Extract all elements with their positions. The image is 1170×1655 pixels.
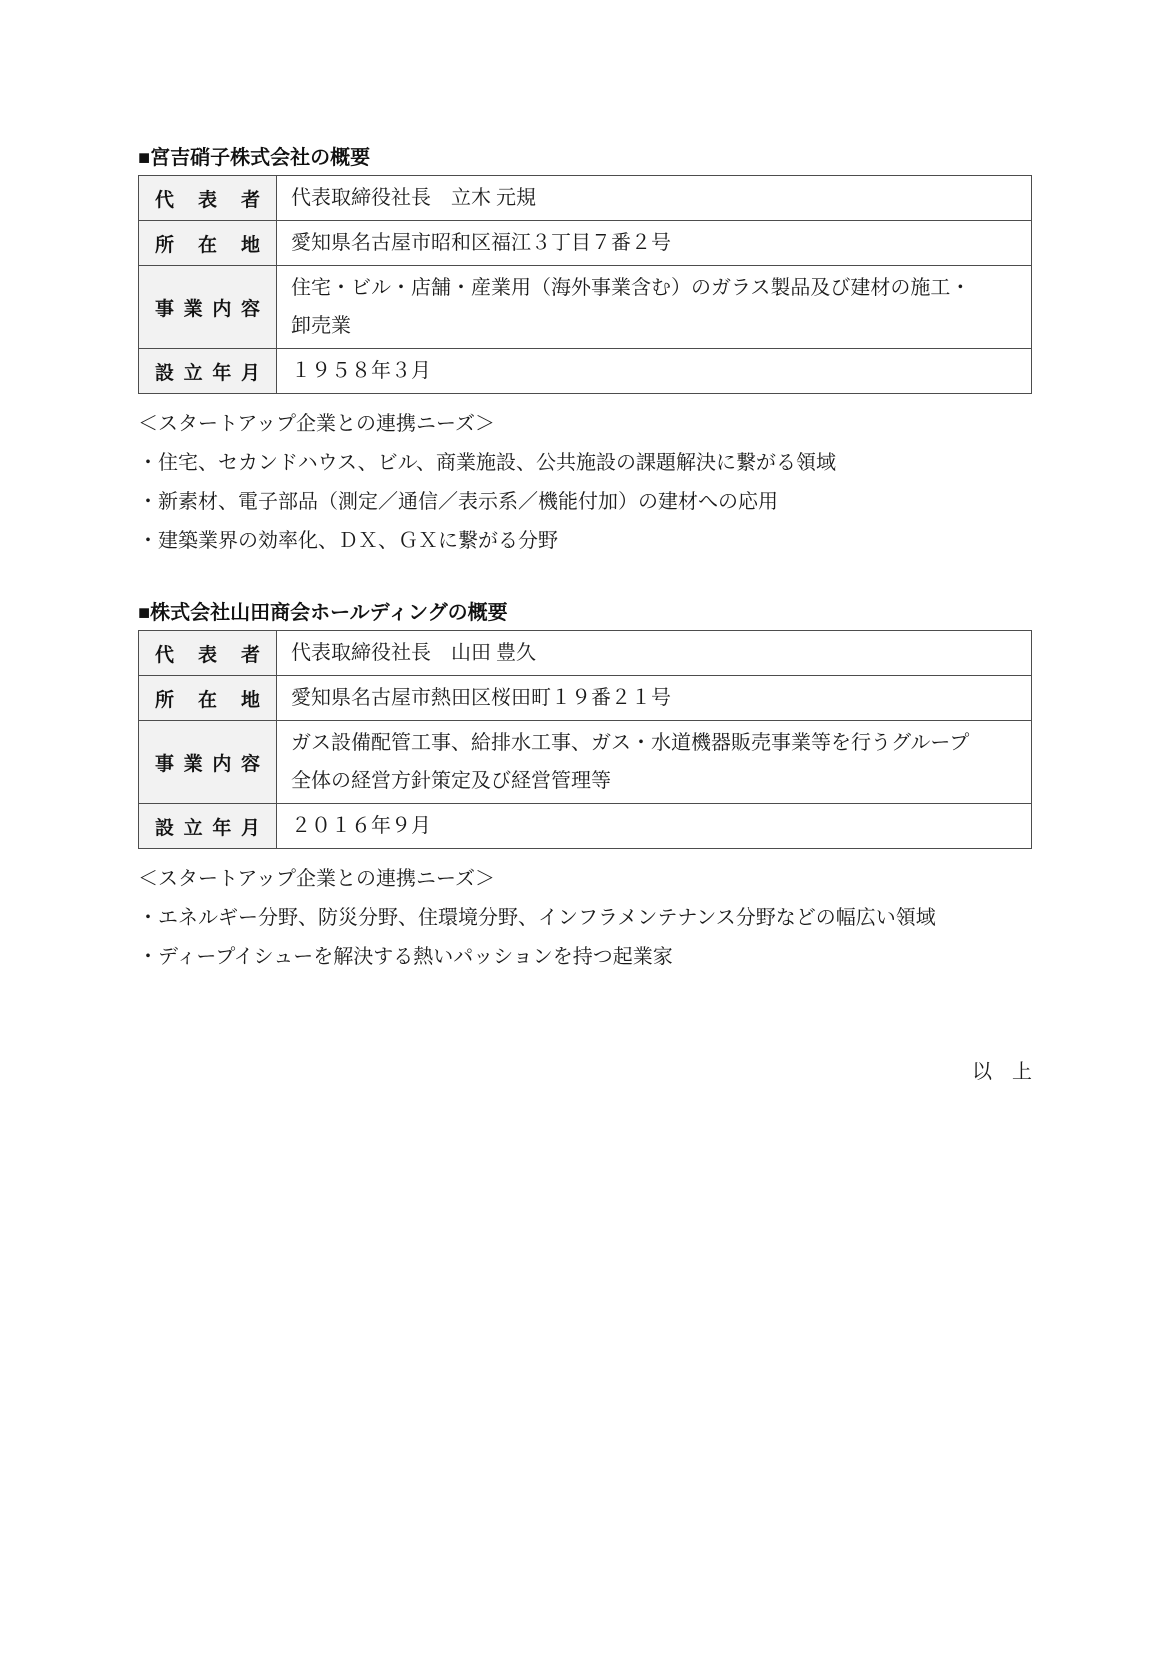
table-row: 所在地 愛知県名古屋市熱田区桜田町１９番２１号 <box>139 676 1032 721</box>
row-label-cell: 設立年月 <box>139 804 277 849</box>
row-label-cell: 代表者 <box>139 631 277 676</box>
row-value-line: 愛知県名古屋市熱田区桜田町１９番２１号 <box>291 679 1023 717</box>
row-label-cell: 代表者 <box>139 176 277 221</box>
needs-item: ・エネルギー分野、防災分野、住環境分野、インフラメンテナンス分野などの幅広い領域 <box>138 905 1032 932</box>
needs-list: ・エネルギー分野、防災分野、住環境分野、インフラメンテナンス分野などの幅広い領域… <box>138 905 1032 971</box>
table-row: 設立年月 １９５８年３月 <box>139 349 1032 394</box>
row-value-cell: ガス設備配管工事、給排水工事、ガス・水道機器販売事業等を行うグループ 全体の経営… <box>277 721 1032 804</box>
row-value-line: 代表取締役社長 山田 豊久 <box>291 634 1023 672</box>
section-title: ■宮吉硝子株式会社の概要 <box>138 146 1032 170</box>
row-value-line: 住宅・ビル・店舗・産業用（海外事業含む）のガラス製品及び建材の施工・ <box>291 269 1023 307</box>
row-value-cell: 住宅・ビル・店舗・産業用（海外事業含む）のガラス製品及び建材の施工・ 卸売業 <box>277 266 1032 349</box>
row-value-line: 卸売業 <box>291 307 1023 345</box>
table-row: 事業内容 住宅・ビル・店舗・産業用（海外事業含む）のガラス製品及び建材の施工・ … <box>139 266 1032 349</box>
needs-heading: ＜スタートアップ企業との連携ニーズ＞ <box>138 866 1032 893</box>
needs-item: ・建築業界の効率化、ＤＸ、ＧＸに繋がる分野 <box>138 528 1032 555</box>
row-label-cell: 事業内容 <box>139 266 277 349</box>
closing-text: 以 上 <box>138 1059 1032 1086</box>
table-row: 所在地 愛知県名古屋市昭和区福江３丁目７番２号 <box>139 221 1032 266</box>
needs-item: ・新素材、電子部品（測定／通信／表示系／機能付加）の建材への応用 <box>138 489 1032 516</box>
needs-item: ・ディープイシューを解決する熱いパッションを持つ起業家 <box>138 944 1032 971</box>
needs-heading: ＜スタートアップ企業との連携ニーズ＞ <box>138 411 1032 438</box>
table-row: 事業内容 ガス設備配管工事、給排水工事、ガス・水道機器販売事業等を行うグループ … <box>139 721 1032 804</box>
row-value-cell: 愛知県名古屋市熱田区桜田町１９番２１号 <box>277 676 1032 721</box>
table-row: 代表者 代表取締役社長 立木 元規 <box>139 176 1032 221</box>
company-overview-table: 代表者 代表取締役社長 山田 豊久 所在地 愛知県名古屋市熱田区桜田町１９番２１… <box>138 630 1032 849</box>
row-label-cell: 設立年月 <box>139 349 277 394</box>
row-value-line: １９５８年３月 <box>291 352 1023 390</box>
needs-item: ・住宅、セカンドハウス、ビル、商業施設、公共施設の課題解決に繋がる領域 <box>138 450 1032 477</box>
row-label-cell: 事業内容 <box>139 721 277 804</box>
row-value-cell: 代表取締役社長 立木 元規 <box>277 176 1032 221</box>
row-value-cell: 愛知県名古屋市昭和区福江３丁目７番２号 <box>277 221 1032 266</box>
row-value-line: ガス設備配管工事、給排水工事、ガス・水道機器販売事業等を行うグループ <box>291 724 1023 762</box>
row-value-line: 愛知県名古屋市昭和区福江３丁目７番２号 <box>291 224 1023 262</box>
section-title: ■株式会社山田商会ホールディングの概要 <box>138 601 1032 625</box>
row-value-cell: ２０１６年９月 <box>277 804 1032 849</box>
row-value-line: 代表取締役社長 立木 元規 <box>291 179 1023 217</box>
row-label-cell: 所在地 <box>139 676 277 721</box>
company-overview-table: 代表者 代表取締役社長 立木 元規 所在地 愛知県名古屋市昭和区福江３丁目７番２… <box>138 175 1032 394</box>
company-overview-section-1: ■宮吉硝子株式会社の概要 代表者 代表取締役社長 立木 元規 所在地 愛知県名古… <box>138 146 1032 555</box>
table-row: 代表者 代表取締役社長 山田 豊久 <box>139 631 1032 676</box>
table-row: 設立年月 ２０１６年９月 <box>139 804 1032 849</box>
needs-list: ・住宅、セカンドハウス、ビル、商業施設、公共施設の課題解決に繋がる領域 ・新素材… <box>138 450 1032 555</box>
company-overview-section-2: ■株式会社山田商会ホールディングの概要 代表者 代表取締役社長 山田 豊久 所在… <box>138 601 1032 971</box>
row-value-line: 全体の経営方針策定及び経営管理等 <box>291 762 1023 800</box>
row-value-cell: 代表取締役社長 山田 豊久 <box>277 631 1032 676</box>
row-value-cell: １９５８年３月 <box>277 349 1032 394</box>
row-label-cell: 所在地 <box>139 221 277 266</box>
document-page: ■宮吉硝子株式会社の概要 代表者 代表取締役社長 立木 元規 所在地 愛知県名古… <box>0 0 1170 1655</box>
row-value-line: ２０１６年９月 <box>291 807 1023 845</box>
